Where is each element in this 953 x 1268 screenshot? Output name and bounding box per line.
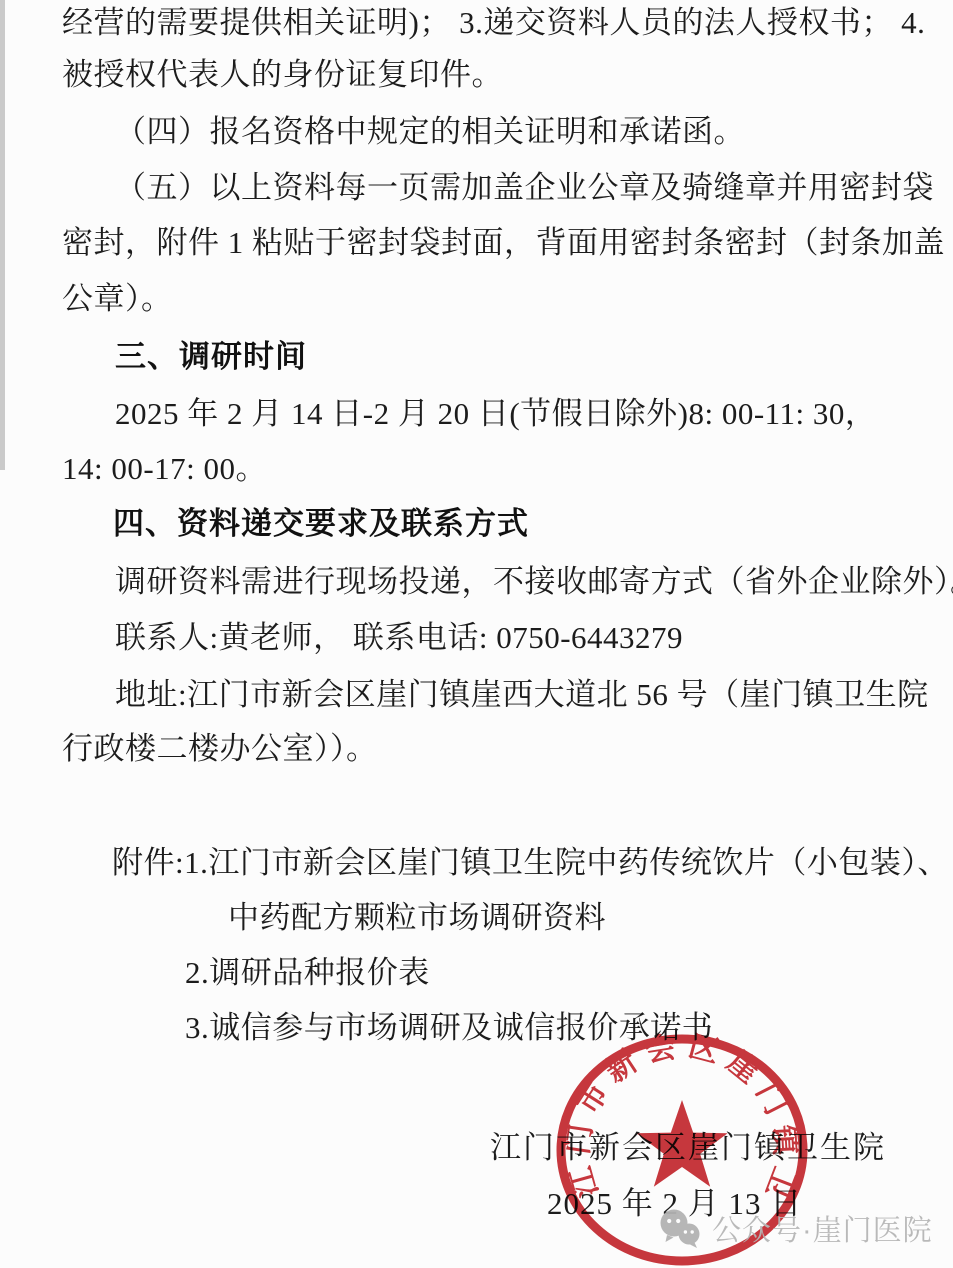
attachment-line: 附件:1.江门市新会区崖门镇卫生院中药传统饮片（小包装）、 — [112, 845, 949, 881]
doc-line: 2025 年 2 月 14 日-2 月 20 日(节假日除外)8: 00-11:… — [115, 396, 876, 432]
section-heading-4: 四、资料递交要求及联系方式 — [113, 506, 529, 542]
star-icon — [636, 1100, 727, 1187]
watermark: 公众号·崖门医院 — [658, 1208, 933, 1249]
doc-line: 密封，附件 1 粘贴于密封袋封面，背面用密封条密封（封条加盖 — [62, 225, 945, 261]
section-heading-3: 三、调研时间 — [115, 339, 307, 375]
doc-line: 调研资料需进行现场投递，不接收邮寄方式（省外企业除外）。 — [115, 564, 953, 600]
address-line: 行政楼二楼办公室））。 — [62, 731, 378, 767]
doc-line: （五）以上资料每一页需加盖企业公章及骑缝章并用密封袋 — [115, 170, 934, 206]
doc-line: 经营的需要提供相关证明)； 3.递交资料人员的法人授权书； 4. — [62, 5, 925, 41]
doc-line: （四）报名资格中规定的相关证明和承诺函。 — [115, 114, 745, 150]
doc-line: 公章）。 — [62, 281, 173, 317]
document-page: 经营的需要提供相关证明)； 3.递交资料人员的法人授权书； 4. 被授权代表人的… — [0, 0, 953, 1268]
attachment-line: 2.调研品种报价表 — [185, 955, 430, 991]
watermark-text: 公众号·崖门医院 — [712, 1208, 933, 1249]
doc-line: 被授权代表人的身份证复印件。 — [62, 57, 503, 93]
scan-edge-artifact — [0, 0, 5, 470]
contact-line: 联系人:黄老师， 联系电话: 0750-6443279 — [115, 620, 683, 656]
address-line: 地址:江门市新会区崖门镇崖西大道北 56 号（崖门镇卫生院 — [115, 677, 929, 713]
wechat-icon — [658, 1209, 702, 1249]
doc-line: 14: 00-17: 00。 — [62, 451, 267, 487]
attachment-line: 中药配方颗粒市场调研资料 — [228, 900, 606, 936]
